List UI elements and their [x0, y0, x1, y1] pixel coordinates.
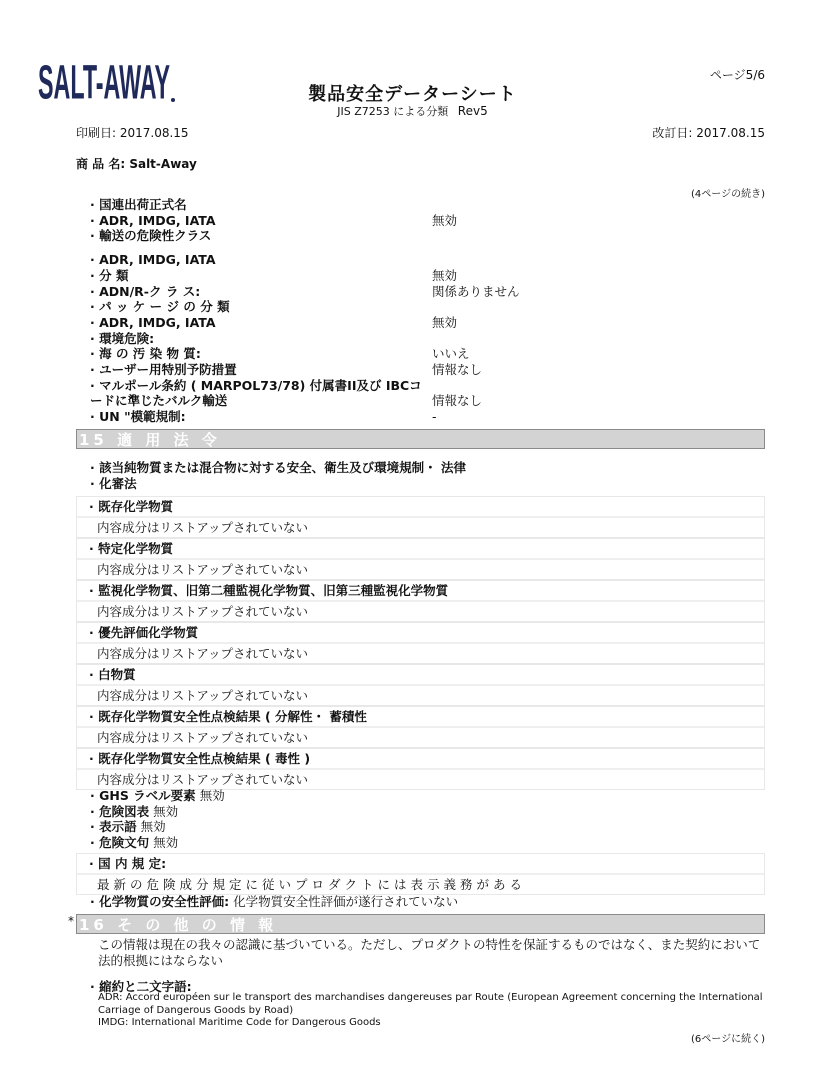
- transport-row-value: 情報なし: [432, 362, 770, 378]
- transport-row-label: ードに準じたバルク輸送: [90, 393, 432, 409]
- transport-row-label: · 環境危険:: [90, 331, 432, 347]
- regulation-box-heading: · 白物質: [77, 665, 764, 686]
- regulation-box-heading: · 監視化学物質、旧第二種監視化学物質、旧第三種監視化学物質: [77, 581, 764, 602]
- regulation-box-status: 内容成分はリストアップされていない: [77, 770, 764, 789]
- regulation-box: · 特定化学物質内容成分はリストアップされていない: [76, 538, 765, 580]
- transport-row: · ADR, IMDG, IATA無効: [90, 315, 770, 331]
- regulation-box-heading: · 既存化学物質安全性点検結果 ( 毒性 ): [77, 749, 764, 770]
- ghs-row: · 危険文句無効: [90, 835, 225, 851]
- regulation-box: · 既存化学物質安全性点検結果 ( 毒性 )内容成分はリストアップされていない: [76, 748, 765, 790]
- regulation-box: · 監視化学物質、旧第二種監視化学物質、旧第三種監視化学物質内容成分はリストアッ…: [76, 580, 765, 622]
- transport-row: · UN "模範規制:-: [90, 409, 770, 425]
- regulation-box: · 既存化学物質安全性点検結果 ( 分解性・ 蓄積性内容成分はリストアップされて…: [76, 706, 765, 748]
- transport-row-label: · ユーザー用特別予防措置: [90, 362, 432, 378]
- transport-row-label: · ADR, IMDG, IATA: [90, 252, 432, 268]
- transport-row-label: · ADR, IMDG, IATA: [90, 315, 432, 331]
- transport-row-value: いいえ: [432, 346, 770, 362]
- transport-row: · 環境危険:: [90, 331, 770, 347]
- transport-row-label: · ADR, IMDG, IATA: [90, 213, 432, 229]
- regulation-box: · 白物質内容成分はリストアップされていない: [76, 664, 765, 706]
- transport-row-value: [432, 331, 770, 347]
- section-15-header: 15 適 用 法 令: [76, 429, 765, 449]
- product-name: 商 品 名: Salt-Away: [76, 155, 197, 172]
- regulation-box: · 既存化学物質内容成分はリストアップされていない: [76, 496, 765, 538]
- section-16-disclaimer: この情報は現在の我々の認識に基づいている。ただし、プロダクトの特性を保証するもの…: [98, 937, 768, 969]
- transport-row: · 国連出荷正式名: [90, 197, 770, 213]
- transport-row-value: 無効: [432, 213, 770, 229]
- transport-row-value: 情報なし: [432, 393, 770, 409]
- chemical-safety-assessment: · 化学物質の安全性評価: 化学物質安全性評価が遂行されていない: [90, 892, 458, 910]
- transport-row: · 海 の 汚 染 物 質:いいえ: [90, 346, 770, 362]
- regulation-box-heading: · 既存化学物質: [77, 497, 764, 518]
- transport-row-label: · ADN/R-ク ラ ス:: [90, 284, 432, 300]
- ghs-row-value: 無効: [141, 819, 166, 835]
- transport-row-value: 無効: [432, 268, 770, 284]
- ghs-row-label: · GHS ラベル要素: [90, 788, 196, 804]
- transport-row: · ADR, IMDG, IATA無効: [90, 213, 770, 229]
- transport-info: · 国連出荷正式名· ADR, IMDG, IATA無効· 輸送の危険性クラス·…: [90, 197, 770, 425]
- transport-row-label: · 分 類: [90, 268, 432, 284]
- transport-row-value: [432, 228, 770, 244]
- transport-row-label: · マルポール条約 ( MARPOL73/78) 付属書II及び IBCコ: [90, 378, 432, 394]
- transport-row: · マルポール条約 ( MARPOL73/78) 付属書II及び IBCコ: [90, 378, 770, 394]
- transport-row-label: · 海 の 汚 染 物 質:: [90, 346, 432, 362]
- transport-row-value: 無効: [432, 315, 770, 331]
- ghs-row: · 表示語無効: [90, 819, 225, 835]
- regulation-box-heading: · 特定化学物質: [77, 539, 764, 560]
- transport-row-value: -: [432, 409, 770, 425]
- row-gap: [90, 244, 770, 252]
- transport-row-label: · パ ッ ケ ー ジ の 分 類: [90, 299, 432, 315]
- regulation-box-status: 内容成分はリストアップされていない: [77, 728, 764, 747]
- regulation-box-status: 内容成分はリストアップされていない: [77, 518, 764, 537]
- transport-row-value: [432, 378, 770, 394]
- ghs-row-label: · 表示語: [90, 819, 137, 835]
- ghs-label-elements: · GHS ラベル要素無効· 危険図表無効· 表示語無効· 危険文句無効: [90, 788, 225, 850]
- domestic-regulation-heading: · 国 内 規 定:: [77, 854, 764, 875]
- abbreviations-list: ADR: Accord européen sur le transport de…: [98, 992, 768, 1030]
- transport-row: · ユーザー用特別予防措置情報なし: [90, 362, 770, 378]
- transport-row-label: · 国連出荷正式名: [90, 197, 432, 213]
- ghs-row: · GHS ラベル要素無効: [90, 788, 225, 804]
- regulation-box-status: 内容成分はリストアップされていない: [77, 602, 764, 621]
- continued-to-note: (6ページに続く): [691, 1030, 765, 1045]
- ghs-row: · 危険図表無効: [90, 804, 225, 820]
- regulation-box: · 優先評価化学物質内容成分はリストアップされていない: [76, 622, 765, 664]
- regulation-box-status: 内容成分はリストアップされていない: [77, 644, 764, 663]
- ghs-row-label: · 危険図表: [90, 804, 149, 820]
- classification-standard: JIS Z7253 による分類: [337, 105, 448, 118]
- domestic-regulation-box: · 国 内 規 定: 最新の危険成分規定に従いプロダクトには表示義務がある: [76, 853, 765, 895]
- revised-date: 改訂日: 2017.08.15: [652, 124, 765, 141]
- section-15-intro: · 該当純物質または混合物に対する安全、衛生及び環境規制・ 法律 · 化審法: [90, 460, 770, 491]
- regulation-intro: · 該当純物質または混合物に対する安全、衛生及び環境規制・ 法律: [90, 460, 770, 476]
- abbreviation-adr: ADR: Accord européen sur le transport de…: [98, 992, 768, 1017]
- regulation-box-heading: · 優先評価化学物質: [77, 623, 764, 644]
- transport-row: · パ ッ ケ ー ジ の 分 類: [90, 299, 770, 315]
- chemical-safety-assessment-value: 化学物質安全性評価が遂行されていない: [233, 894, 458, 909]
- regulation-box-status: 内容成分はリストアップされていない: [77, 686, 764, 705]
- regulation-box-heading: · 既存化学物質安全性点検結果 ( 分解性・ 蓄積性: [77, 707, 764, 728]
- transport-row: · ADR, IMDG, IATA: [90, 252, 770, 268]
- regulation-box-status: 内容成分はリストアップされていない: [77, 560, 764, 579]
- document-subtitle: JIS Z7253 による分類 Rev5: [0, 103, 825, 119]
- ghs-row-value: 無効: [153, 835, 178, 851]
- revision-marker: *: [68, 914, 74, 928]
- chemical-substances-control-law: · 化審法: [90, 476, 770, 492]
- transport-row: · 輸送の危険性クラス: [90, 228, 770, 244]
- transport-row-value: [432, 197, 770, 213]
- transport-row: ードに準じたバルク輸送情報なし: [90, 393, 770, 409]
- transport-row-label: · UN "模範規制:: [90, 409, 432, 425]
- transport-row: · ADN/R-ク ラ ス:関係ありません: [90, 284, 770, 300]
- ghs-row-value: 無効: [200, 788, 225, 804]
- transport-row-value: [432, 299, 770, 315]
- transport-row-value: 関係ありません: [432, 284, 770, 300]
- transport-row-value: [432, 252, 770, 268]
- revision-label: Rev5: [458, 104, 488, 118]
- section-16-header: 16 そ の 他 の 情 報: [76, 914, 765, 934]
- ghs-row-value: 無効: [153, 804, 178, 820]
- transport-row: · 分 類無効: [90, 268, 770, 284]
- abbreviation-imdg: IMDG: International Maritime Code for Da…: [98, 1017, 768, 1030]
- transport-row-label: · 輸送の危険性クラス: [90, 228, 432, 244]
- ghs-row-label: · 危険文句: [90, 835, 149, 851]
- print-date: 印刷日: 2017.08.15: [76, 124, 189, 141]
- chemical-safety-assessment-label: · 化学物質の安全性評価:: [90, 894, 229, 909]
